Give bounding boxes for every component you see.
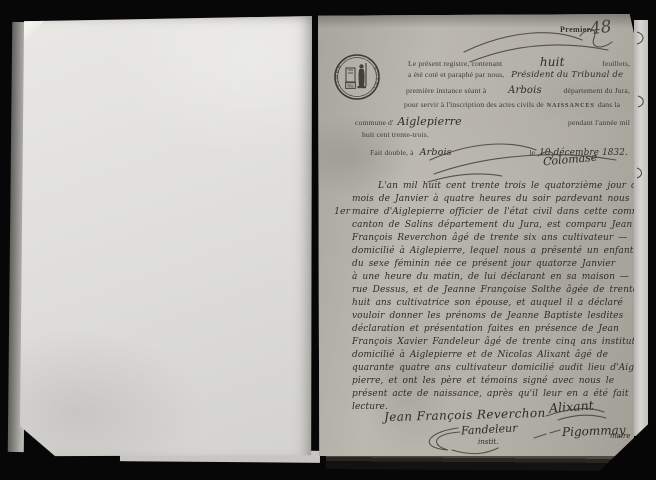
witness-signature-alixant: Alixant	[549, 397, 595, 415]
act-line: rue Dessus, et de Jeanne Françoise Solth…	[352, 284, 624, 297]
header-printed-text: département du Jura,	[564, 86, 630, 95]
witness-signature-fandeleur: Fandeleur	[461, 422, 518, 438]
stamp-value: 70c	[347, 84, 354, 89]
act-line: mois de Janvier à quatre heures du soir …	[352, 193, 624, 206]
witness-title-note: instit.	[478, 438, 498, 446]
header-printed-text: première instance séant à	[406, 86, 486, 95]
header-written-sheets-count: huit	[502, 55, 602, 69]
fandeleur-paraph	[429, 428, 460, 450]
act-line: maire d'Aiglepierre officier de l'état c…	[352, 206, 624, 219]
header-printed-text: feuillets,	[602, 59, 630, 68]
header-written-commune: Aiglepierre	[394, 115, 568, 128]
father-signature: Jean François Reverchon	[384, 406, 546, 424]
header-printed-text: pour servir à l'inscription des actes ci…	[404, 100, 544, 109]
register-header-line-3: première instance séant à Arbois départe…	[406, 85, 630, 96]
register-header-line-5: commune d' Aiglepierre pendant l'année m…	[355, 115, 630, 128]
header-printed-text: a été coté et paraphé par nous,	[408, 70, 504, 79]
stamp-outer-ring	[335, 55, 379, 99]
act-line: pierre, et ont les père et témoins signé…	[352, 375, 624, 388]
register-recto-page: TIMBRE ROYAL 70c Premier. 48 Le prés	[318, 14, 634, 456]
act-line: L'an mil huit cent trente trois le quato…	[352, 180, 624, 193]
mayor-lead-dashes	[534, 430, 560, 438]
act-line: François Reverchon âgé de trente six ans…	[352, 232, 624, 245]
edge-curl-mark	[637, 168, 642, 178]
act-line: quarante quatre ans cultivateur domicili…	[352, 362, 624, 375]
act-line: canton de Salins département du Jura, es…	[352, 219, 624, 232]
header-printed-text: le	[529, 148, 535, 157]
edge-ink-curls	[634, 20, 648, 436]
birth-act-body: L'an mil huit cent trente trois le quato…	[352, 180, 624, 414]
edge-curl-mark	[638, 96, 643, 107]
header-printed-text: pendant l'année mil	[568, 118, 630, 127]
act-line: vouloir donner les prénoms de Jeanne Bap…	[352, 310, 624, 323]
folio-paraph: 48	[589, 17, 613, 39]
entry-number-margin-note: 1er	[334, 206, 350, 217]
paraph-stroke	[464, 33, 582, 52]
act-line: domicilié à Aiglepierre et de Nicolas Al…	[352, 349, 624, 362]
archival-photo: TIMBRE ROYAL 70c Premier. 48 Le prés	[0, 0, 656, 480]
edge-curl-mark	[637, 32, 643, 44]
act-line: déclaration et présentation faites en pr…	[352, 323, 624, 336]
header-acts-type-label: Naissances	[547, 100, 595, 109]
header-printed-text: commune d'	[355, 118, 394, 127]
act-line: du sexe féminin née ce présent jour quat…	[352, 258, 624, 271]
header-printed-text: Fait double, à	[370, 148, 414, 157]
header-printed-text: huit cent trente-trois.	[362, 130, 429, 139]
premier-label: Premier.	[560, 25, 592, 34]
act-line: François Xavier Fandeleur âgé de trente …	[352, 336, 624, 349]
alixant-underline	[558, 415, 606, 420]
blank-verso-page	[20, 16, 312, 457]
header-written-place-made: Arbois	[420, 147, 452, 158]
register-header-line-2: a été coté et paraphé par nous, Présiden…	[408, 70, 630, 80]
register-header-line-1: Le présent registre, contenant huit feui…	[408, 55, 630, 69]
royal-timbre-stamp: TIMBRE ROYAL 70c	[333, 53, 381, 101]
register-header-line-6: huit cent trente-trois.	[362, 130, 429, 139]
header-printed-text: Le présent registre, contenant	[408, 59, 502, 68]
register-header-line-4: pour servir à l'inscription des actes ci…	[404, 100, 630, 109]
fandeleur-paraph	[452, 448, 498, 454]
header-printed-text: dans la	[598, 100, 620, 109]
page-fore-edge	[634, 20, 648, 436]
header-written-city: Arbois	[486, 85, 563, 96]
act-line: à une heure du matin, de lui déclarant e…	[352, 271, 624, 284]
act-line: huit ans cultivatrice son épouse, et auq…	[352, 297, 624, 310]
header-written-authority: Président du Tribunal de	[504, 70, 630, 80]
act-line: domicilié à Aiglepierre, lequel nous a p…	[352, 245, 624, 258]
mayor-title-note: maire	[610, 432, 631, 440]
